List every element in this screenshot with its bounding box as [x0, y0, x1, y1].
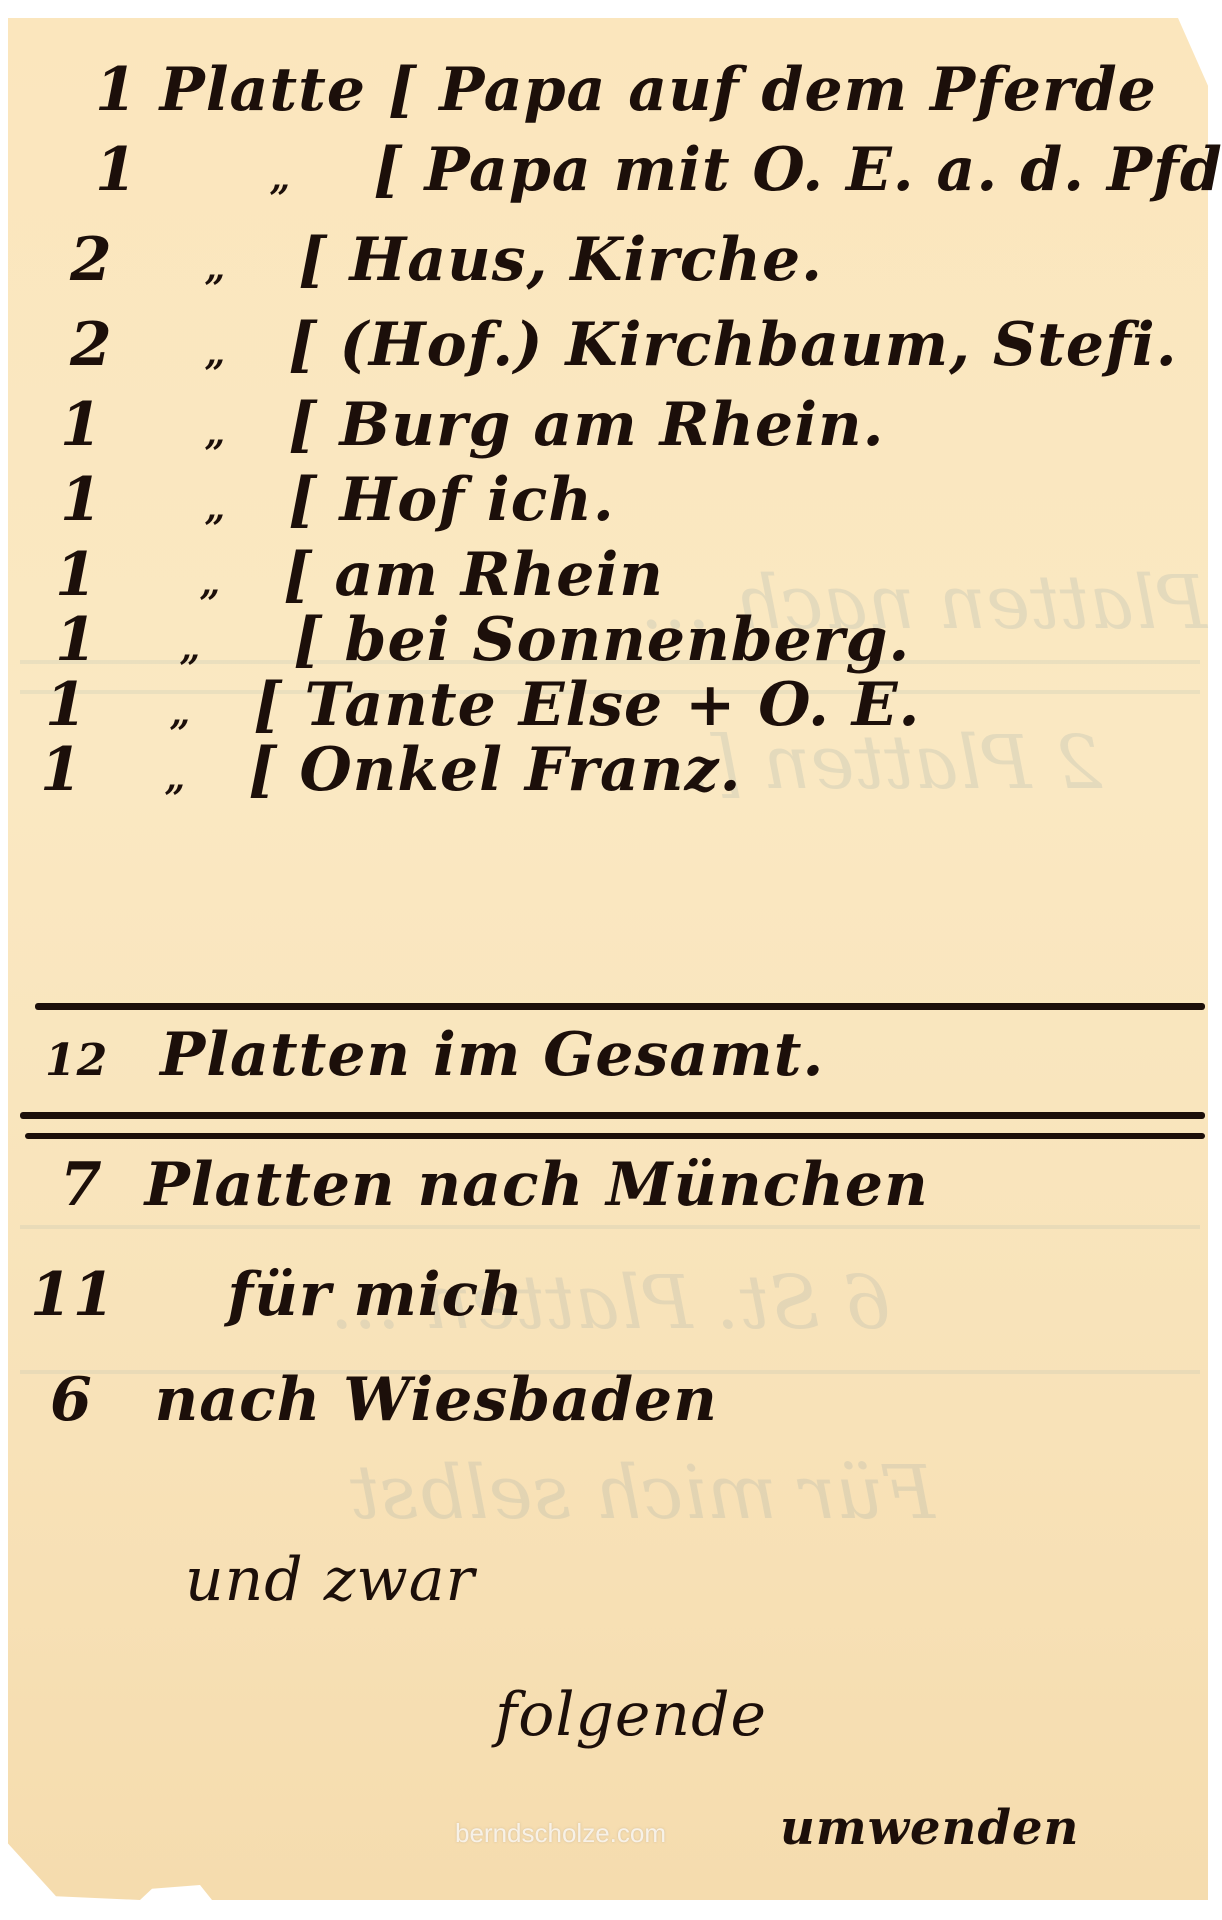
- total-text: Platten im Gesamt.: [160, 1020, 824, 1090]
- item-qty: 1: [45, 670, 88, 740]
- item-desc: [ Hof ich.: [288, 465, 615, 535]
- item-row: 1 „ [ Onkel Franz.: [40, 735, 741, 805]
- distribution-text: nach Wiesbaden: [155, 1365, 718, 1435]
- item-row: 2 „ [ (Hof.) Kirchbaum, Stefi.: [70, 310, 1178, 380]
- distribution-qty: 11: [30, 1260, 116, 1330]
- ditto-mark: „: [205, 487, 227, 529]
- ditto-mark: „: [205, 332, 227, 374]
- distribution-text: für mich: [227, 1260, 523, 1330]
- item-desc: [ am Rhein: [283, 540, 664, 610]
- item-desc: [ Papa auf dem Pferde: [388, 55, 1157, 125]
- item-desc: [ Haus, Kirche.: [298, 225, 823, 295]
- item-row: 1 „ [ bei Sonnenberg.: [55, 605, 910, 675]
- item-row: 1 Platte [ Papa auf dem Pferde: [95, 55, 1157, 125]
- distribution-row: 11 für mich: [30, 1260, 524, 1330]
- divider-rule: [35, 1003, 1205, 1010]
- item-row: 1 „ [ Burg am Rhein.: [60, 390, 885, 460]
- footer-note: umwenden: [780, 1800, 1079, 1856]
- distribution-qty: 6: [50, 1365, 93, 1435]
- bleed-through-rule: [20, 1225, 1200, 1229]
- ditto-mark: „: [170, 692, 192, 734]
- item-qty: 1: [60, 390, 103, 460]
- double-rule-bottom: [25, 1133, 1205, 1139]
- distribution-qty: 7: [60, 1150, 103, 1220]
- item-desc: [ Burg am Rhein.: [288, 390, 884, 460]
- paper-sheet: [8, 18, 1208, 1900]
- item-row: 1 „ [ am Rhein: [55, 540, 664, 610]
- ditto-mark: „: [205, 247, 227, 289]
- ditto-mark: „: [270, 157, 292, 199]
- ditto-mark: „: [165, 757, 187, 799]
- watermark: berndscholze.com: [455, 1818, 666, 1849]
- double-rule-top: [20, 1112, 1205, 1119]
- item-row: 1 „ [ Hof ich.: [60, 465, 615, 535]
- ditto-mark: „: [200, 562, 222, 604]
- item-qty: 1: [55, 540, 98, 610]
- total-qty: 12: [45, 1035, 108, 1086]
- item-qty: 2: [70, 310, 113, 380]
- item-desc: [ Papa mit O. E. a. d. Pfdn.: [373, 135, 1222, 205]
- item-qty: 2: [70, 225, 113, 295]
- item-qty: 1: [60, 465, 103, 535]
- total-row: 12 Platten im Gesamt.: [45, 1020, 824, 1090]
- item-row: 1 „ [ Papa mit O. E. a. d. Pfdn.: [95, 135, 1222, 205]
- item-qty: 1: [95, 135, 138, 205]
- ditto-mark: „: [180, 627, 202, 669]
- item-qty: 1: [40, 735, 83, 805]
- bleed-through-text: Für mich selbst: [350, 1450, 935, 1536]
- item-row: 2 „ [ Haus, Kirche.: [70, 225, 823, 295]
- item-row: 1 „ [ Tante Else + O. E.: [45, 670, 920, 740]
- item-desc: [ Tante Else + O. E.: [253, 670, 920, 740]
- item-desc: [ Onkel Franz.: [248, 735, 741, 805]
- item-desc: [ (Hof.) Kirchbaum, Stefi.: [288, 310, 1177, 380]
- item-desc: [ bei Sonnenberg.: [293, 605, 910, 675]
- item-qty: 1: [95, 55, 138, 125]
- closing-line: folgende: [495, 1680, 767, 1750]
- distribution-row: 7 Platten nach München: [60, 1150, 929, 1220]
- item-unit: Platte: [160, 55, 366, 125]
- ditto-mark: „: [205, 412, 227, 454]
- distribution-row: 6 nach Wiesbaden: [50, 1365, 718, 1435]
- closing-line: und zwar: [185, 1545, 475, 1615]
- item-qty: 1: [55, 605, 98, 675]
- distribution-text: Platten nach München: [145, 1150, 929, 1220]
